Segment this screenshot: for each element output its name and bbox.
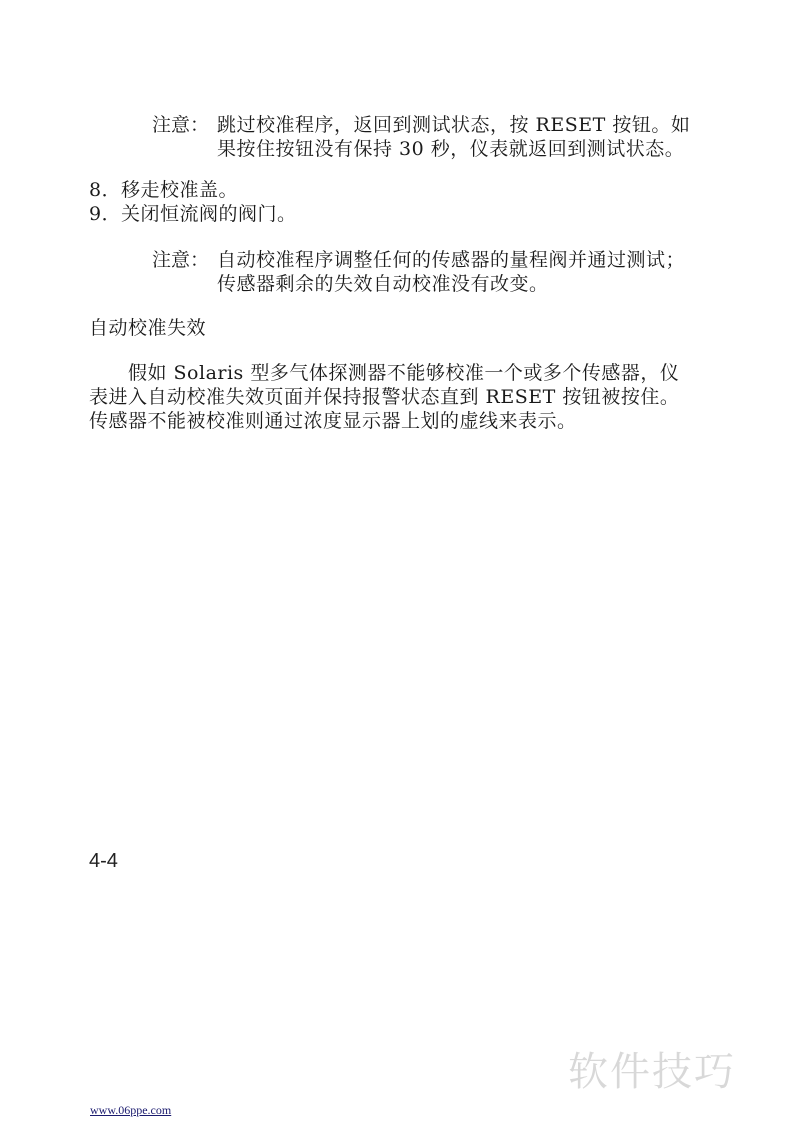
step-text: 关闭恒流阀的阀门。 [121, 202, 297, 226]
paragraph-line: 表进入自动校准失效页面并保持报警状态直到 RESET 按钮被按住。 [89, 385, 679, 409]
note-label: 注意： [152, 113, 209, 137]
step-number: 8． [89, 178, 121, 202]
section-heading: 自动校准失效 [89, 316, 206, 340]
page-number: 4-4 [89, 850, 118, 873]
watermark: 软件技巧 [568, 1040, 736, 1097]
paragraph-line: 传感器不能被校准则通过浓度显示器上划的虚线来表示。 [89, 409, 577, 433]
note-label: 注意： [152, 248, 209, 272]
step-number: 9． [89, 202, 121, 226]
footer-link[interactable]: www.06ppe.com [90, 1103, 171, 1118]
note-line: 果按住按钮没有保持 30 秒，仪表就返回到测试状态。 [217, 137, 684, 161]
paragraph-line: 假如 Solaris 型多气体探测器不能够校准一个或多个传感器，仪 [89, 361, 679, 385]
note-line: 跳过校准程序，返回到测试状态，按 RESET 按钮。如 [217, 113, 690, 137]
step-text: 移走校准盖。 [121, 178, 238, 202]
note-line: 自动校准程序调整任何的传感器的量程阀并通过测试； [217, 248, 685, 272]
note-line: 传感器剩余的失效自动校准没有改变。 [217, 272, 549, 296]
